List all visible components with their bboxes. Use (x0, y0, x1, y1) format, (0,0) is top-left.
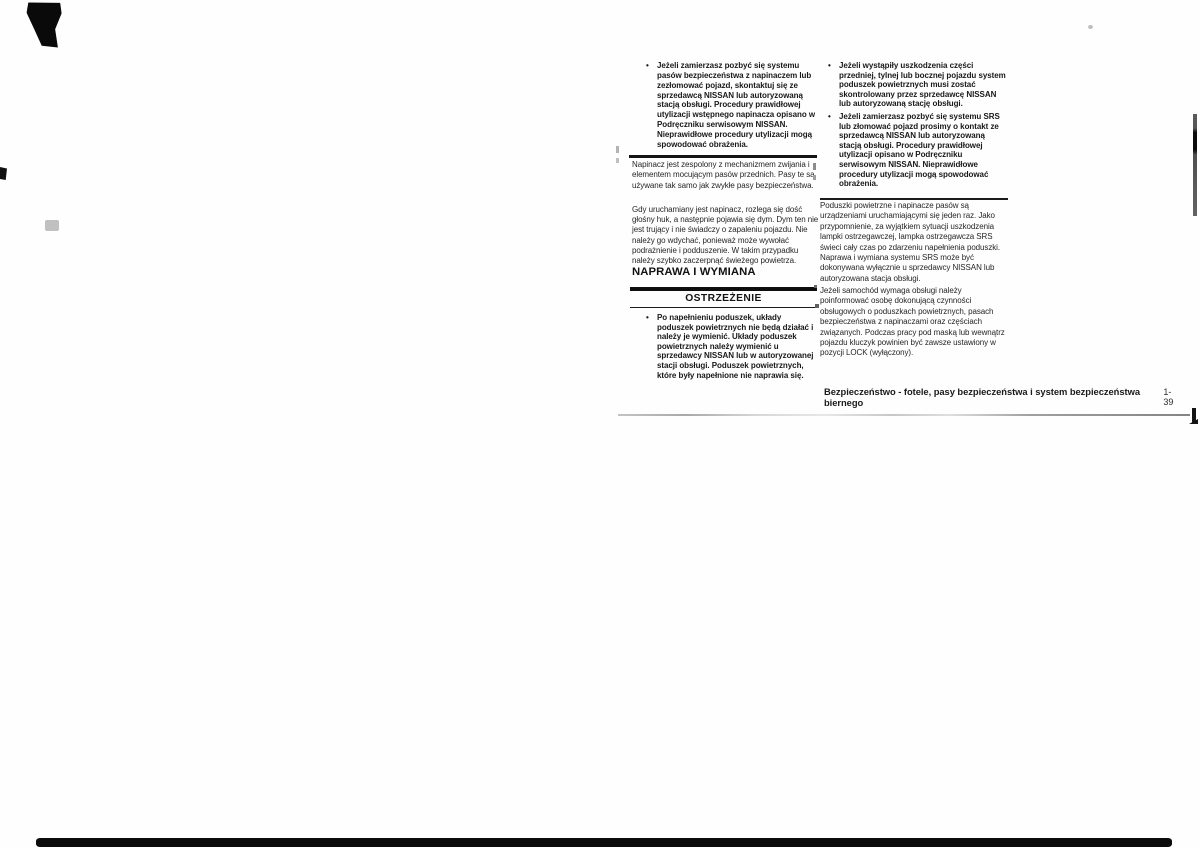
footer-page-number: 1-39 (1153, 387, 1180, 407)
scanned-page-edge-line (618, 414, 1190, 416)
page-footer: Bezpieczeństwo - fotele, pasy bezpieczeń… (824, 386, 1180, 408)
scan-artifact-speck (1088, 25, 1093, 29)
warning-bullet-text: Po napełnieniu poduszek, układy poduszek… (657, 313, 818, 380)
scan-artifact-speck (813, 163, 816, 170)
left-column-bullet-text: Jeżeli zamierzasz pozbyć się systemu pas… (657, 61, 816, 150)
warning-title-underline (630, 307, 817, 309)
section-heading: NAPRAWA I WYMIANA (632, 266, 819, 278)
warning-bullet-item: • Po napełnieniu poduszek, układy podusz… (644, 313, 818, 380)
right-column-bullet-list: • Jeżeli wystąpiły uszkodzenia części pr… (826, 61, 1008, 189)
scan-artifact-speck (814, 285, 817, 288)
scan-artifact-blob (26, 1, 63, 48)
scan-artifact-speck (616, 146, 619, 153)
left-column-divider-rule (629, 155, 817, 158)
bullet-marker-icon: • (826, 61, 839, 109)
bullet-marker-icon: • (644, 61, 657, 150)
right-column-paragraph-2: Jeżeli samochód wymaga obsługi należy po… (820, 286, 1011, 359)
right-column-divider-rule (820, 198, 1008, 200)
warning-title: OSTRZEŻENIE (630, 293, 817, 304)
right-column-bullet-text: Jeżeli wystąpiły uszkodzenia części prze… (839, 61, 1008, 109)
scan-artifact-left-tick (45, 220, 59, 231)
scan-artifact-left-tick (0, 167, 7, 180)
left-column-bullet-item: • Jeżeli zamierzasz pozbyć się systemu p… (644, 61, 816, 150)
right-column-paragraph-1: Poduszki powietrzne i napinacze pasów są… (820, 201, 1011, 284)
left-column-paragraph-1: Napinacz jest zespolony z mechanizmem zw… (632, 160, 819, 191)
scan-artifact-bottom-bar (36, 838, 1172, 847)
scan-artifact-speck (616, 158, 619, 163)
scan-artifact-speck (813, 175, 816, 180)
scan-artifact-right-edge-line (1193, 114, 1197, 216)
scan-artifact-speck (815, 304, 819, 308)
right-column-bullet-item: • Jeżeli zamierzasz pozbyć się systemu S… (826, 112, 1008, 189)
left-column-paragraph-2: Gdy uruchamiany jest napinacz, rozlega s… (632, 205, 820, 266)
right-column-bullet-text: Jeżeli zamierzasz pozbyć się systemu SRS… (839, 112, 1008, 189)
footer-chapter-title: Bezpieczeństwo - fotele, pasy bezpieczeń… (824, 386, 1153, 408)
bullet-marker-icon: • (644, 313, 657, 380)
right-column-bullet-item: • Jeżeli wystąpiły uszkodzenia części pr… (826, 61, 1008, 109)
manual-page: { "colors": { "paper": "#fefefe", "ink":… (0, 0, 1200, 848)
warning-box-top-rule (630, 287, 817, 291)
bullet-marker-icon: • (826, 112, 839, 189)
